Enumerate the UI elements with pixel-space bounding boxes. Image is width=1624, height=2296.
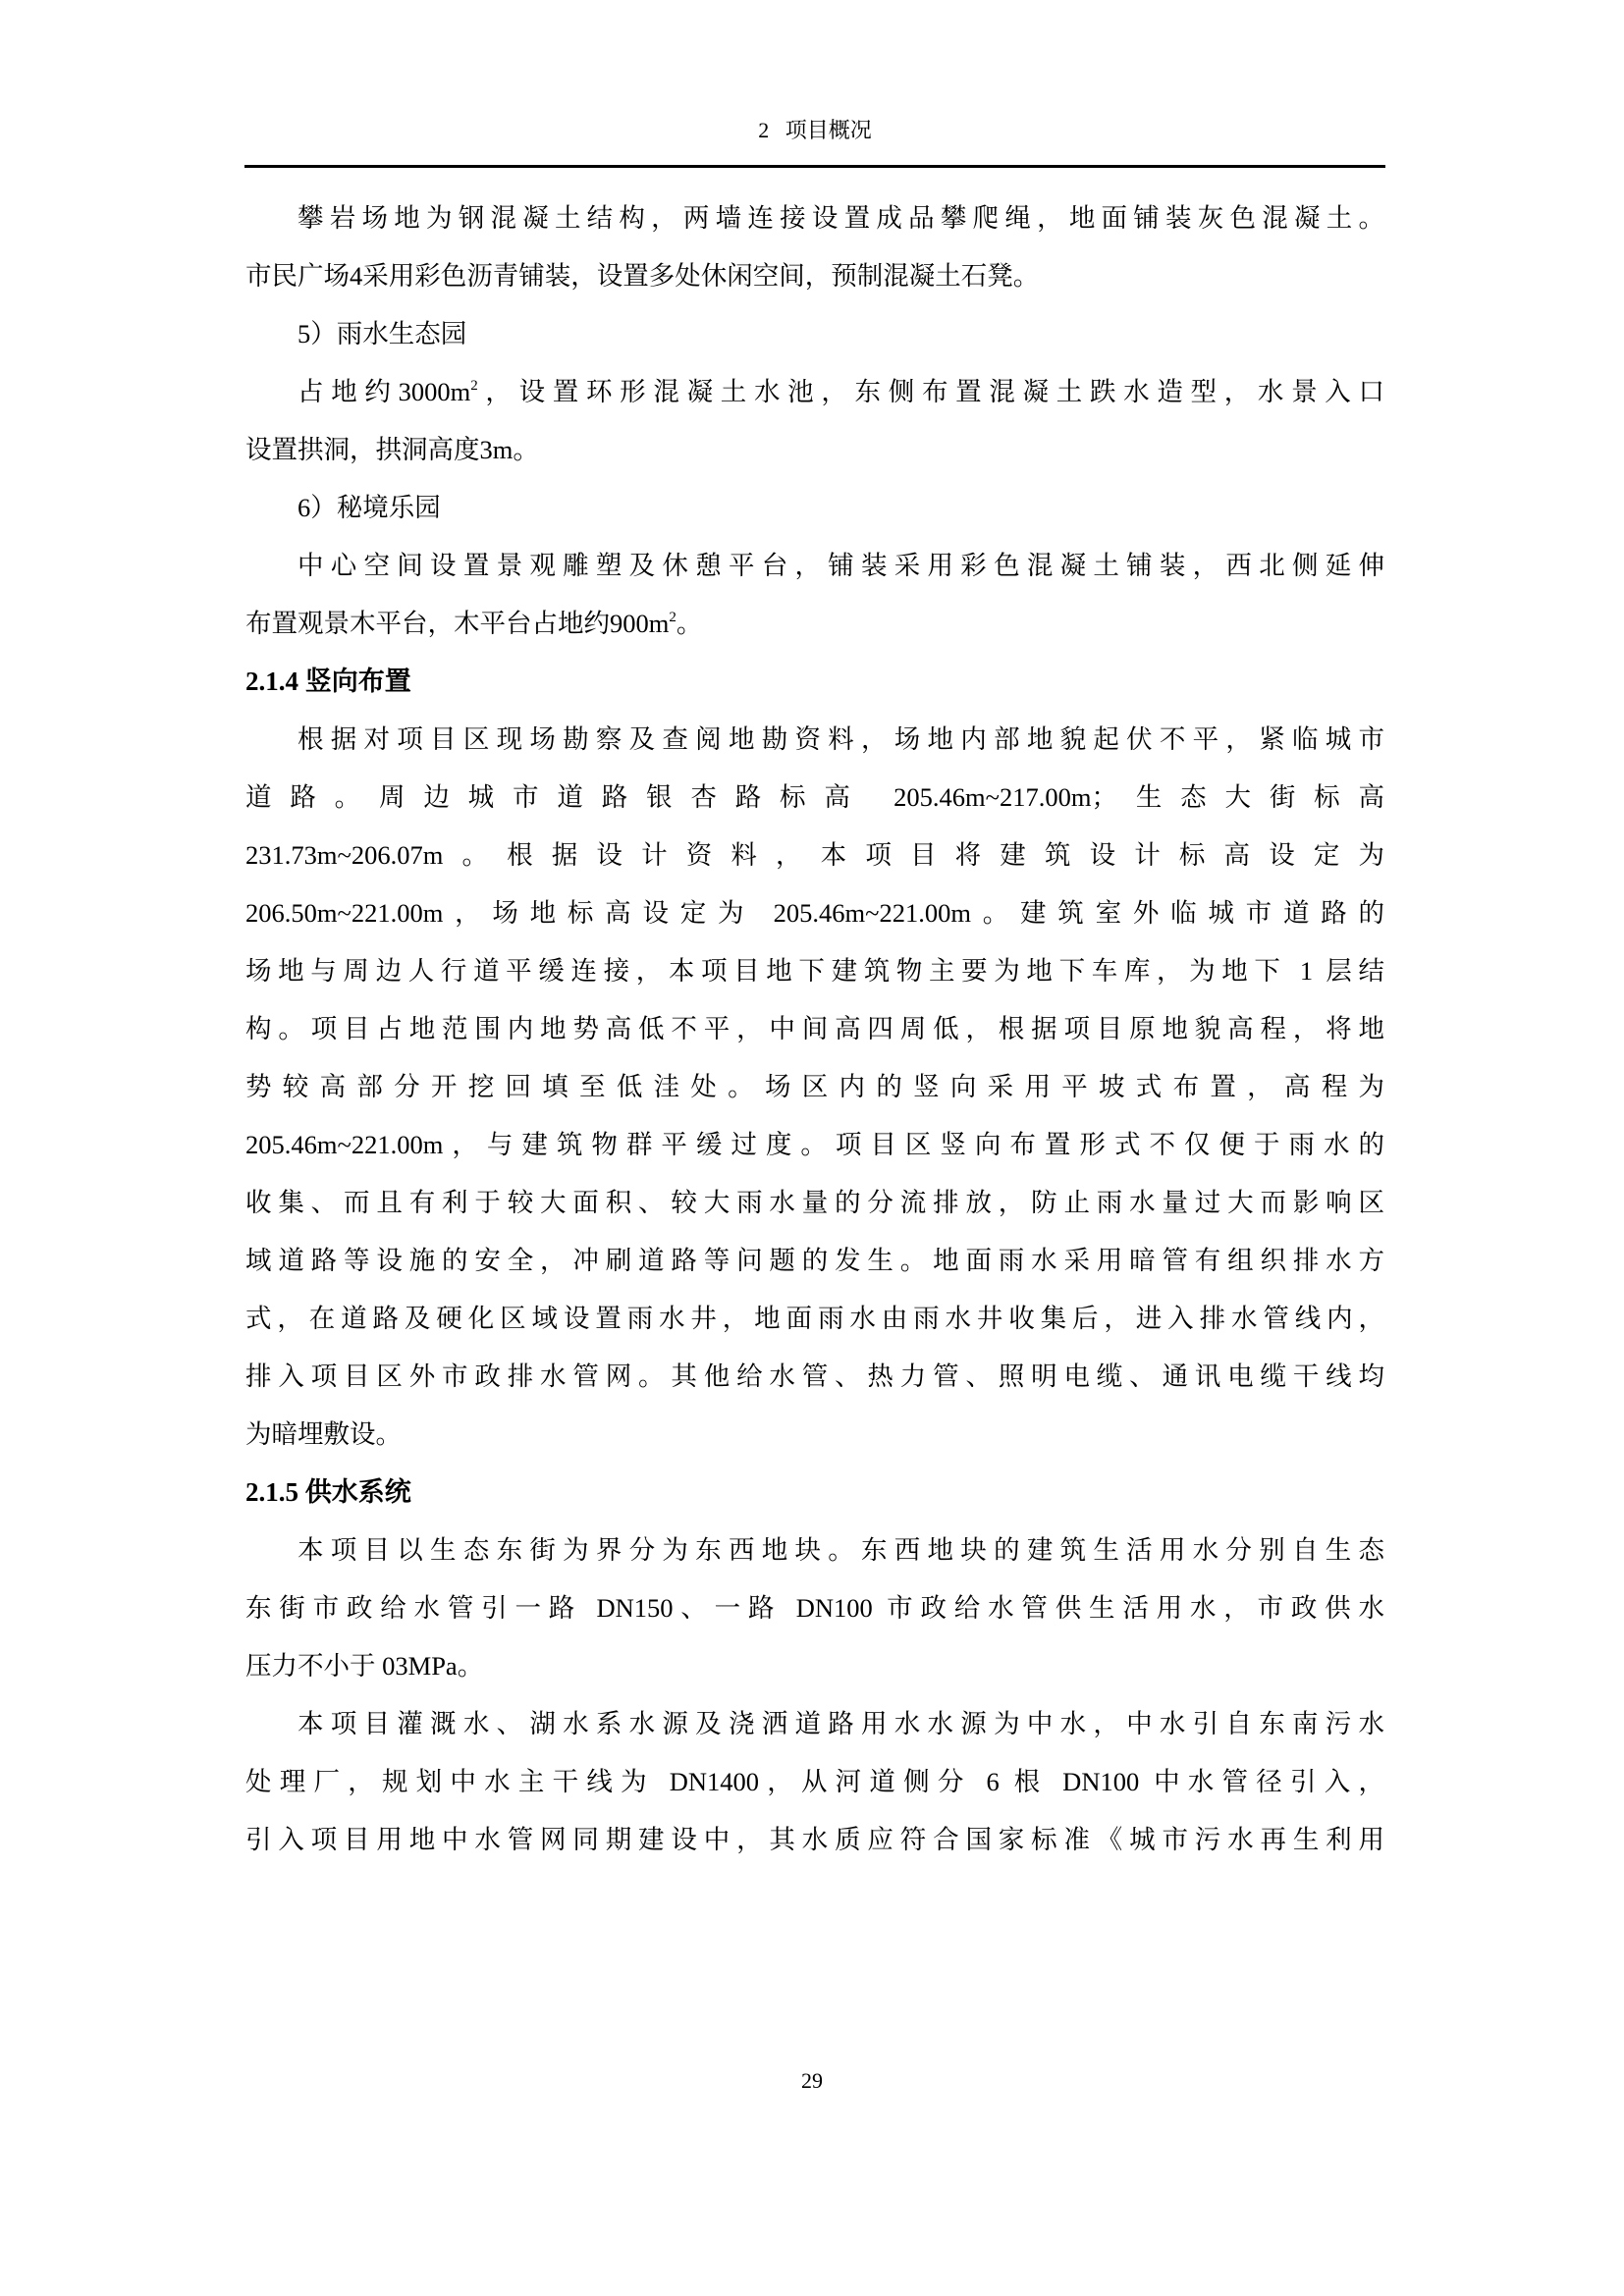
text-line: 根据对项目区现场勘察及查阅地勘资料，场地内部地貌起伏不平，紧临城市 [245, 711, 1384, 769]
text-line: 占地约3000m2，设置环形混凝土水池，东侧布置混凝土跌水造型，水景入口 [245, 363, 1384, 421]
text-line: 场地与周边人行道平缓连接，本项目地下建筑物主要为地下车库，为地下 1 层结 [245, 942, 1384, 1000]
section-heading: 2.1.5 供水系统 [245, 1464, 1384, 1522]
page-number: 29 [0, 2066, 1624, 2096]
text-line: 6）秘境乐园 [245, 479, 1384, 537]
superscript: 2 [669, 610, 677, 625]
text-line: 206.50m~221.00m，场地标高设定为 205.46m~221.00m。… [245, 884, 1384, 942]
text-line: 5）雨水生态园 [245, 305, 1384, 363]
text-segment: ，设置环形混凝土水池，东侧布置混凝土跌水造型，水景入口 [478, 377, 1384, 406]
text-line: 市民广场4采用彩色沥青铺装，设置多处休闲空间，预制混凝土石凳。 [245, 247, 1384, 305]
chapter-number: 2 [758, 118, 769, 142]
text-line: 205.46m~221.00m，与建筑物群平缓过度。项目区竖向布置形式不仅便于雨… [245, 1116, 1384, 1174]
superscript: 2 [470, 378, 478, 394]
text-line: 为暗埋敷设。 [245, 1406, 1384, 1464]
text-line: 设置拱洞，拱洞高度3m。 [245, 421, 1384, 479]
text-line: 压力不小于 03MPa。 [245, 1637, 1384, 1695]
text-line: 域道路等设施的安全，冲刷道路等问题的发生。地面雨水采用暗管有组织排水方 [245, 1232, 1384, 1290]
text-segment: 占地约3000m [298, 377, 470, 406]
section-heading: 2.1.4 竖向布置 [245, 653, 1384, 711]
text-line: 排入项目区外市政排水管网。其他给水管、热力管、照明电缆、通讯电缆干线均 [245, 1348, 1384, 1406]
chapter-title: 项目概况 [785, 118, 872, 142]
text-line: 势较高部分开挖回填至低洼处。场区内的竖向采用平坡式布置，高程为 [245, 1058, 1384, 1116]
text-line: 东街市政给水管引一路 DN150、一路 DN100 市政给水管供生活用水，市政供… [245, 1579, 1384, 1637]
text-line: 处理厂，规划中水主干线为 DN1400，从河道侧分 6 根 DN100 中水管径… [245, 1753, 1384, 1811]
text-segment: 。 [677, 609, 703, 638]
text-line: 收集、而且有利于较大面积、较大雨水量的分流排放，防止雨水量过大而影响区 [245, 1174, 1384, 1232]
text-segment: 布置观景木平台，木平台占地约900m [245, 609, 669, 638]
text-line: 231.73m~206.07m。根据设计资料，本项目将建筑设计标高设定为 [245, 827, 1384, 884]
header-rule [244, 165, 1385, 168]
body-text: 攀岩场地为钢混凝土结构，两墙连接设置成品攀爬绳，地面铺装灰色混凝土。市民广场4采… [245, 189, 1384, 1869]
text-line: 引入项目用地中水管网同期建设中，其水质应符合国家标准《城市污水再生利用 [245, 1811, 1384, 1869]
running-header: 2 项目概况 [244, 116, 1385, 145]
text-line: 式，在道路及硬化区域设置雨水井，地面雨水由雨水井收集后，进入排水管线内， [245, 1290, 1384, 1348]
text-line: 构。项目占地范围内地势高低不平，中间高四周低，根据项目原地貌高程，将地 [245, 1000, 1384, 1058]
text-line: 道路。周边城市道路银杏路标高 205.46m~217.00m；生态大街标高 [245, 769, 1384, 827]
text-line: 中心空间设置景观雕塑及休憩平台，铺装采用彩色混凝土铺装，西北侧延伸 [245, 537, 1384, 595]
text-line: 本项目以生态东街为界分为东西地块。东西地块的建筑生活用水分别自生态 [245, 1522, 1384, 1579]
text-line: 攀岩场地为钢混凝土结构，两墙连接设置成品攀爬绳，地面铺装灰色混凝土。 [245, 189, 1384, 247]
text-line: 本项目灌溉水、湖水系水源及浇洒道路用水水源为中水，中水引自东南污水 [245, 1695, 1384, 1753]
text-line: 布置观景木平台，木平台占地约900m2。 [245, 595, 1384, 653]
